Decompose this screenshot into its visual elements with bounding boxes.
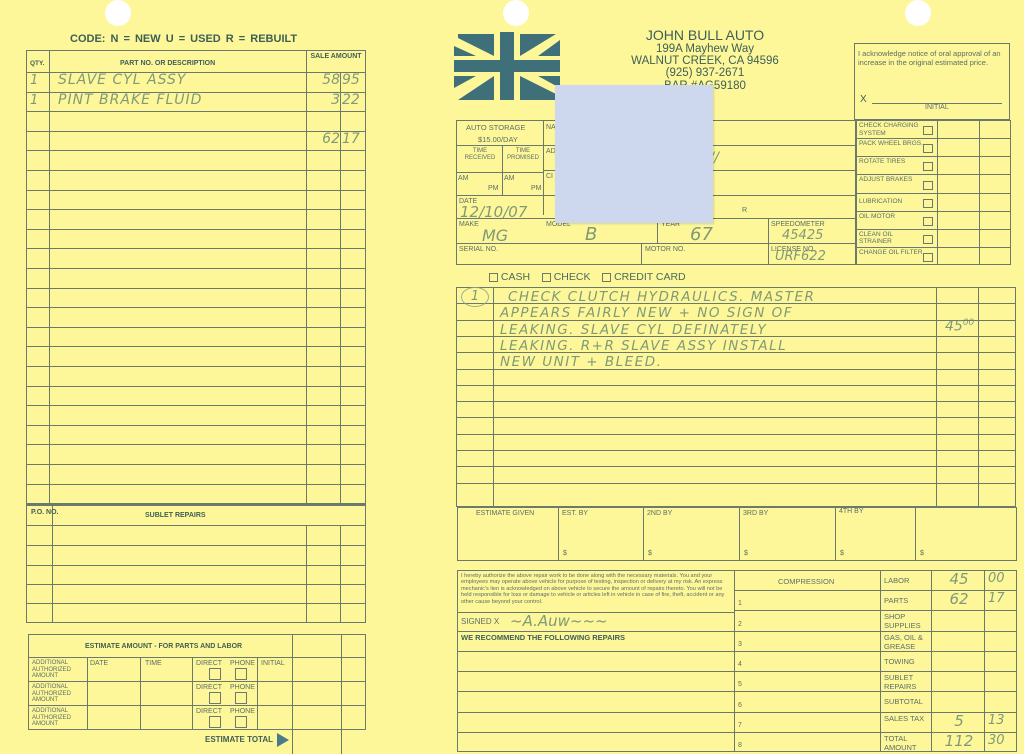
currency-sign: $ (840, 550, 844, 558)
amount-dollars-cell: 58 (308, 72, 340, 88)
estimate-total-label: ESTIMATE TOTAL (205, 736, 273, 744)
amount-dollars-cell: 3 (308, 92, 340, 108)
estimate-given-table (457, 507, 1017, 561)
initial-col-label: INITIAL (261, 660, 285, 668)
auto-storage-rate: $15.00/DAY (478, 136, 518, 144)
additional-authorized-row: ADDITIONAL AUTHORIZED AMOUNTDIRECTPHONE (28, 705, 366, 729)
totals-row: SUBLET REPAIRS (880, 671, 1017, 691)
authorization-text: I hereby authorize the above repair work… (461, 573, 731, 605)
shop-name: JOHN BULL AUTO (600, 28, 810, 43)
initial-label: INITIAL (925, 104, 949, 112)
parts-row: 1PINT BRAKE FLUID322 (26, 92, 366, 112)
signed-label: SIGNED X (461, 617, 499, 626)
punch-hole (503, 0, 529, 26)
description-header: PART NO. OR DESCRIPTION (120, 60, 215, 68)
shop-header: JOHN BULL AUTO 199A Mayhew Way WALNUT CR… (600, 28, 810, 92)
direct-checkbox[interactable] (209, 668, 221, 680)
description-cell: SLAVE CYL ASSY (58, 72, 186, 88)
code-legend: CODE: N = NEW U = USED R = REBUILT (70, 33, 297, 45)
parts-row (26, 386, 366, 406)
service-item: CHANGE OIL FILTER (856, 247, 937, 265)
work-description-line: CHECK CLUTCH HYDRAULICS. MASTER (508, 289, 815, 305)
service-item: ADJUST BRAKES (856, 174, 937, 192)
additional-authorized-row: ADDITIONAL AUTHORIZED AMOUNTDATETIMEINIT… (28, 657, 366, 681)
initial-x: X (860, 94, 867, 105)
qty-header: QTY. (30, 60, 44, 68)
totals-label: LABOR (884, 576, 932, 585)
service-checkbox[interactable] (923, 126, 933, 135)
parts-row (26, 425, 366, 445)
totals-row: SHOP SUPPLIES (880, 610, 1017, 630)
parts-row (26, 366, 366, 386)
phone-label: PHONE (230, 708, 255, 716)
service-label: CHANGE OIL FILTER (859, 249, 923, 257)
speedometer-value: 45425 (782, 228, 823, 243)
additional-authorized-label: ADDITIONAL AUTHORIZED AMOUNT (32, 708, 87, 728)
currency-sign: $ (563, 550, 567, 558)
estimate-given-label: ESTIMATE GIVEN (476, 510, 534, 518)
service-item: CHECK CHARGING SYSTEM (856, 120, 937, 138)
time-col-label: TIME (145, 660, 162, 668)
parts-row (26, 170, 366, 190)
totals-label: SUBLET REPAIRS (884, 673, 932, 691)
make-value: MG (482, 226, 508, 245)
compression-cylinder-number: 3 (738, 641, 742, 649)
check-label: CHECK (554, 271, 591, 283)
parts-row: 6217 (26, 131, 366, 151)
phone-label: PHONE (230, 684, 255, 692)
direct-checkbox[interactable] (209, 716, 221, 728)
totals-row: PARTS6217 (880, 590, 1017, 610)
model-value: B (585, 224, 597, 245)
pm-label: PM (488, 185, 499, 193)
punch-hole (905, 0, 931, 26)
qty-cell: 1 (30, 73, 38, 88)
direct-label: DIRECT (196, 660, 222, 668)
parts-row (26, 405, 366, 425)
work-labor-amount: 4500 (945, 318, 974, 335)
item-number: 1 (461, 287, 489, 307)
totals-row: SALES TAX513 (880, 712, 1017, 732)
pm-label: PM (531, 185, 542, 193)
phone-label: PHONE (230, 660, 255, 668)
am-label: AM (504, 175, 515, 183)
service-checkbox[interactable] (923, 217, 933, 226)
currency-sign: $ (744, 550, 748, 558)
qty-cell: 1 (30, 93, 38, 108)
service-label: CHECK CHARGING SYSTEM (859, 122, 923, 137)
work-description-line: LEAKING. R+R SLAVE ASSY INSTALL (500, 338, 787, 354)
parts-row (26, 248, 366, 268)
year-value: 67 (690, 224, 713, 245)
totals-row: GAS, OIL & GREASE (880, 631, 1017, 651)
phone-checkbox[interactable] (235, 692, 247, 704)
totals-cents: 13 (988, 713, 1005, 728)
sublet-repairs-title: SUBLET REPAIRS (145, 512, 206, 520)
totals-label: PARTS (884, 596, 932, 605)
license-value: URF622 (775, 249, 826, 264)
compression-cylinder-number: 8 (738, 742, 742, 750)
totals-label: GAS, OIL & GREASE (884, 633, 932, 651)
date-col-label: DATE (90, 660, 108, 668)
service-label: OIL MOTOR (859, 213, 923, 221)
totals-label: SALES TAX (884, 714, 932, 723)
service-label: LUBRICATION (859, 198, 923, 206)
est-by-label: EST. BY (562, 510, 588, 518)
auto-storage-title: AUTO STORAGE (466, 124, 525, 132)
sublet-repairs-table (26, 505, 366, 623)
parts-row (26, 190, 366, 210)
time-promised-label: TIME PROMISED (503, 148, 543, 162)
totals-dollars: 45 (936, 570, 982, 588)
totals-label: TOWING (884, 657, 932, 666)
totals-dollars: 5 (936, 712, 982, 730)
cash-label: CASH (501, 271, 530, 283)
phone-checkbox[interactable] (235, 716, 247, 728)
arrow-right-icon (277, 733, 289, 747)
shop-address: 199A Mayhew Way (600, 43, 810, 55)
parts-row: 1SLAVE CYL ASSY5895 (26, 72, 366, 92)
motor-number-label: MOTOR NO. (645, 246, 685, 254)
totals-label: SHOP SUPPLIES (884, 612, 932, 630)
check-checkbox[interactable] (542, 273, 551, 282)
service-label: ADJUST BRAKES (859, 176, 923, 184)
signature: ~A.Auw~~~ (510, 612, 608, 630)
phone-checkbox[interactable] (235, 668, 247, 680)
am-label: AM (458, 175, 469, 183)
parts-row (26, 484, 366, 504)
po-number-label: P.O. NO. (31, 509, 59, 517)
compression-cylinder-number: 4 (738, 661, 742, 669)
totals-row: SUBTOTAL (880, 691, 1017, 711)
service-label: PACK WHEEL BRGS. (859, 140, 923, 148)
compression-cylinder-number: 2 (738, 621, 742, 629)
amount-dollars-cell: 62 (308, 131, 340, 147)
service-checkbox[interactable] (923, 144, 933, 153)
customer-other-label: R (742, 207, 747, 215)
cash-checkbox[interactable] (489, 273, 498, 282)
payment-options: CASH CHECK CREDIT CARD (489, 271, 686, 283)
service-item: LUBRICATION (856, 193, 937, 211)
shop-city: WALNUT CREEK, CA 94596 (600, 55, 810, 67)
parts-row (26, 288, 366, 308)
additional-authorized-label: ADDITIONAL AUTHORIZED AMOUNT (32, 660, 87, 680)
service-checkbox[interactable] (923, 162, 933, 171)
acknowledge-text: I acknowledge notice of oral approval of… (858, 49, 1008, 67)
work-description-line: LEAKING. SLAVE CYL DEFINATELY (500, 322, 767, 338)
compression-cylinder-number: 7 (738, 722, 742, 730)
direct-label: DIRECT (196, 684, 222, 692)
totals-label: SUBTOTAL (884, 697, 932, 706)
service-checkbox[interactable] (923, 235, 933, 244)
punch-hole (105, 0, 131, 26)
service-item: ROTATE TIRES (856, 156, 937, 174)
parts-row (26, 268, 366, 288)
work-description-line: APPEARS FAIRLY NEW + NO SIGN OF (500, 305, 793, 321)
parts-row (26, 229, 366, 249)
additional-authorized-row: ADDITIONAL AUTHORIZED AMOUNTDIRECTPHONE (28, 681, 366, 705)
parts-row (26, 346, 366, 366)
credit-card-checkbox[interactable] (602, 273, 611, 282)
third-by-label: 3RD BY (743, 510, 768, 518)
totals-row: TOTAL AMOUNT11230 (880, 732, 1017, 752)
additional-authorized-label: ADDITIONAL AUTHORIZED AMOUNT (32, 684, 87, 704)
currency-sign: $ (648, 550, 652, 558)
parts-row (26, 209, 366, 229)
amount-cents-cell: 95 (342, 72, 360, 88)
description-cell: PINT BRAKE FLUID (58, 92, 202, 108)
totals-cents: 00 (988, 571, 1005, 586)
serial-number-label: SERIAL NO. (459, 246, 498, 254)
sale-amount-header: SALE AMOUNT (310, 53, 362, 61)
compression-cylinder-number: 6 (738, 702, 742, 710)
service-checkbox[interactable] (923, 199, 933, 208)
direct-checkbox[interactable] (209, 692, 221, 704)
union-jack-logo-icon (454, 32, 560, 100)
totals-cents: 17 (988, 591, 1005, 606)
compression-cylinder-number: 5 (738, 681, 742, 689)
credit-card-label: CREDIT CARD (614, 271, 686, 283)
service-item: PACK WHEEL BRGS. (856, 138, 937, 156)
shop-phone: (925) 937-2671 (600, 67, 810, 80)
amount-cents-cell: 17 (342, 131, 360, 147)
parts-row (26, 444, 366, 464)
totals-dollars: 62 (936, 590, 982, 608)
compression-title: COMPRESSION (778, 578, 834, 586)
parts-row (26, 150, 366, 170)
date-value: 12/10/07 (460, 203, 527, 221)
totals-label: TOTAL AMOUNT (884, 734, 932, 752)
service-checkbox[interactable] (923, 253, 933, 262)
second-by-label: 2ND BY (647, 510, 672, 518)
currency-sign: $ (920, 550, 924, 558)
customer-city-label: CI (546, 173, 553, 181)
totals-row: LABOR4500 (880, 570, 1017, 590)
service-checkbox[interactable] (923, 181, 933, 190)
redaction-sticky-note (555, 85, 713, 223)
make-label: MAKE (459, 221, 479, 229)
totals-row: TOWING (880, 651, 1017, 671)
totals-dollars: 112 (936, 732, 982, 750)
amount-cents-cell: 22 (342, 92, 360, 108)
service-label: CLEAN OIL STRAINER (859, 231, 923, 246)
service-label: ROTATE TIRES (859, 158, 923, 166)
parts-row (26, 111, 366, 131)
recommend-label: WE RECOMMEND THE FOLLOWING REPAIRS (461, 634, 625, 642)
fourth-by-label: 4TH BY (839, 508, 864, 516)
parts-row (26, 464, 366, 484)
work-description-line: NEW UNIT + BLEED. (500, 354, 662, 370)
parts-row (26, 327, 366, 347)
compression-cylinder-number: 1 (738, 600, 742, 608)
direct-label: DIRECT (196, 708, 222, 716)
service-item: OIL MOTOR (856, 211, 937, 229)
time-received-label: TIME RECEIVED (459, 148, 501, 162)
parts-row (26, 307, 366, 327)
totals-cents: 30 (988, 733, 1005, 748)
estimate-amount-title: ESTIMATE AMOUNT - FOR PARTS AND LABOR (85, 643, 242, 651)
service-item: CLEAN OIL STRAINER (856, 229, 937, 247)
